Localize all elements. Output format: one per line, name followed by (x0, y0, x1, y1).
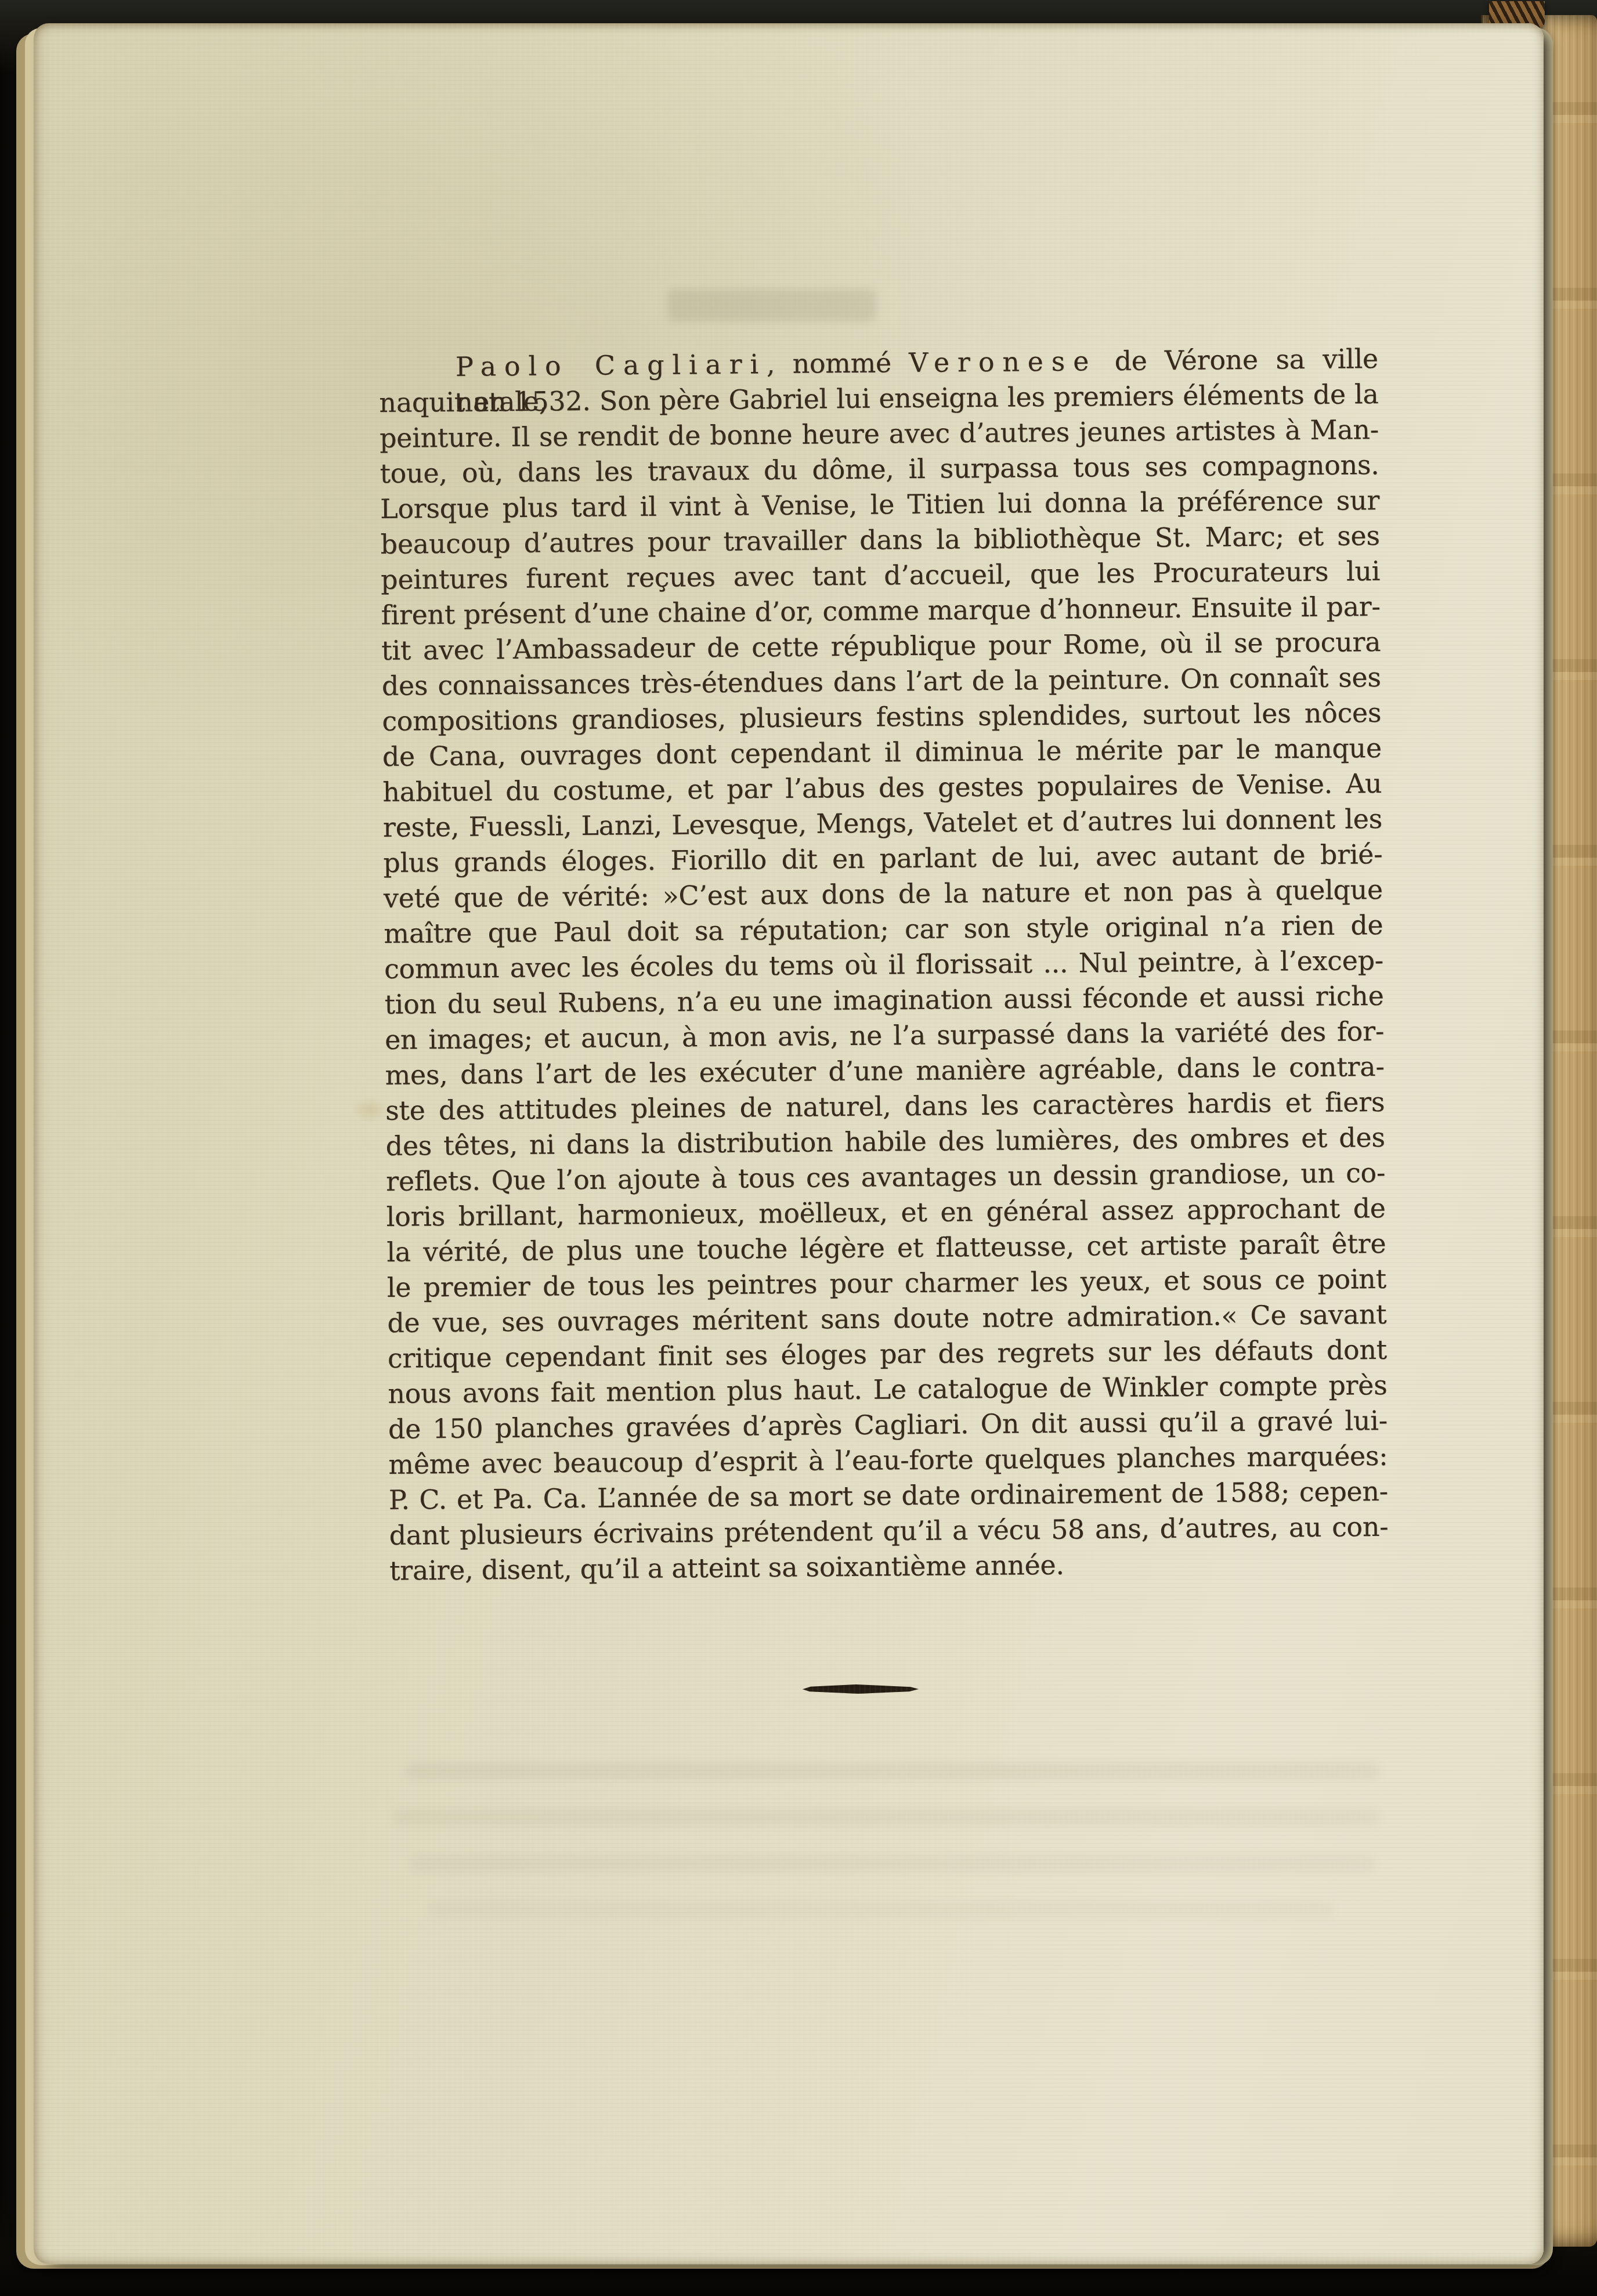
artist-name: Paolo Cagliari (456, 348, 767, 382)
bleed-through-ghost (411, 1856, 1374, 1872)
artist-byname: Veronese (909, 345, 1097, 378)
page-text: Paolo Cagliari, nommé Veronese de Vérone… (379, 341, 1389, 1589)
body-lines: naquit en 1532. Son père Gabriel lui ens… (379, 377, 1389, 1589)
bleed-through-ghost (393, 1809, 1380, 1825)
bleed-through-ghost (667, 289, 876, 321)
swelled-rule-ornament (803, 1684, 919, 1694)
bleed-through-ghost (428, 1902, 1334, 1917)
book-page: Paolo Cagliari, nommé Veronese de Vérone… (34, 23, 1544, 2264)
photo-backdrop: Paolo Cagliari, nommé Veronese de Vérone… (0, 0, 1597, 2296)
bleed-through-ghost (405, 1763, 1380, 1779)
first-line-text: , nommé (767, 347, 909, 379)
